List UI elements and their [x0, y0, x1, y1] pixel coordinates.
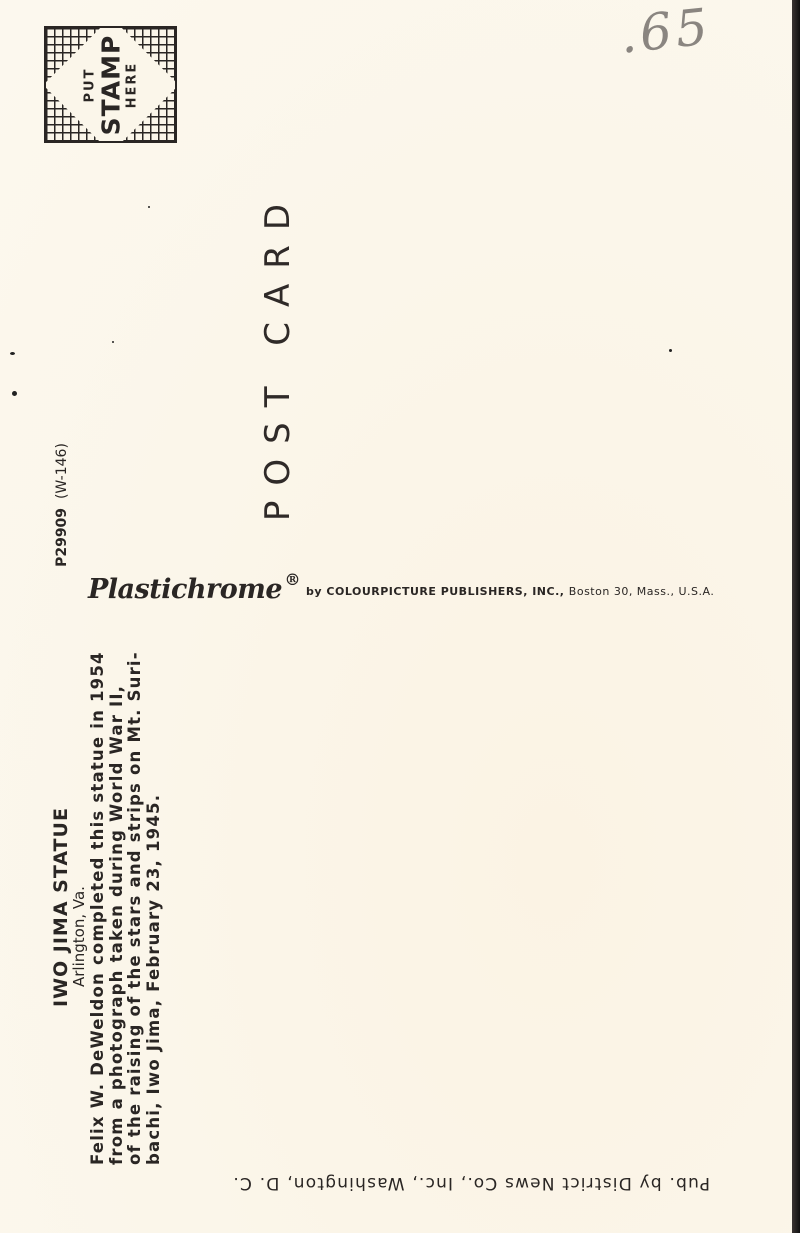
stamp-line-put: PUT	[83, 67, 96, 102]
description-line: of the raising of the stars and strips o…	[126, 645, 145, 1165]
plastichrome-logo: Plastichrome ®	[88, 574, 282, 605]
card-code: P29909 (W-146)	[54, 443, 70, 567]
publisher-company: by COLOURPICTURE PUBLISHERS, INC., Bosto…	[306, 585, 714, 598]
post-card-title: POST CARD	[258, 189, 298, 521]
publisher-imprint: Plastichrome ® by COLOURPICTURE PUBLISHE…	[88, 574, 714, 605]
registered-mark-icon: ®	[285, 570, 301, 589]
ink-speck	[669, 349, 672, 352]
distributor-credit: Pub. by District News Co., Inc., Washing…	[185, 1173, 710, 1193]
ink-speck	[10, 352, 15, 355]
postcard-back: PUT STAMP HERE .65 POST CARD P29909 (W-1…	[0, 0, 792, 1233]
stamp-box: PUT STAMP HERE	[44, 26, 177, 143]
description-line: Felix W. DeWeldon completed this statue …	[89, 645, 108, 1165]
brand-name: Plastichrome	[88, 574, 282, 605]
description-block: IWO JIMA STATUE Arlington, Va. Felix W. …	[51, 645, 163, 1165]
description-line: from a photograph taken during World War…	[108, 645, 127, 1165]
description-title: IWO JIMA STATUE	[51, 645, 71, 1165]
description-body: Felix W. DeWeldon completed this statue …	[89, 645, 163, 1165]
description-subtitle: Arlington, Va.	[71, 645, 87, 1165]
stamp-line-stamp: STAMP	[98, 34, 123, 135]
description-line: bachi, Iwo Jima, February 23, 1945.	[145, 645, 164, 1165]
ink-speck	[148, 206, 150, 208]
card-number: P29909	[54, 508, 70, 567]
company-name: by COLOURPICTURE PUBLISHERS, INC.,	[306, 585, 564, 598]
card-edge-shadow	[792, 0, 800, 1233]
company-location: Boston 30, Mass., U.S.A.	[569, 585, 715, 598]
card-series: (W-146)	[54, 443, 70, 499]
handwritten-price: .65	[617, 0, 714, 65]
stamp-line-here: HERE	[125, 61, 138, 108]
ink-speck	[12, 391, 17, 396]
ink-speck	[112, 341, 114, 343]
stamp-label: PUT STAMP HERE	[83, 34, 138, 135]
